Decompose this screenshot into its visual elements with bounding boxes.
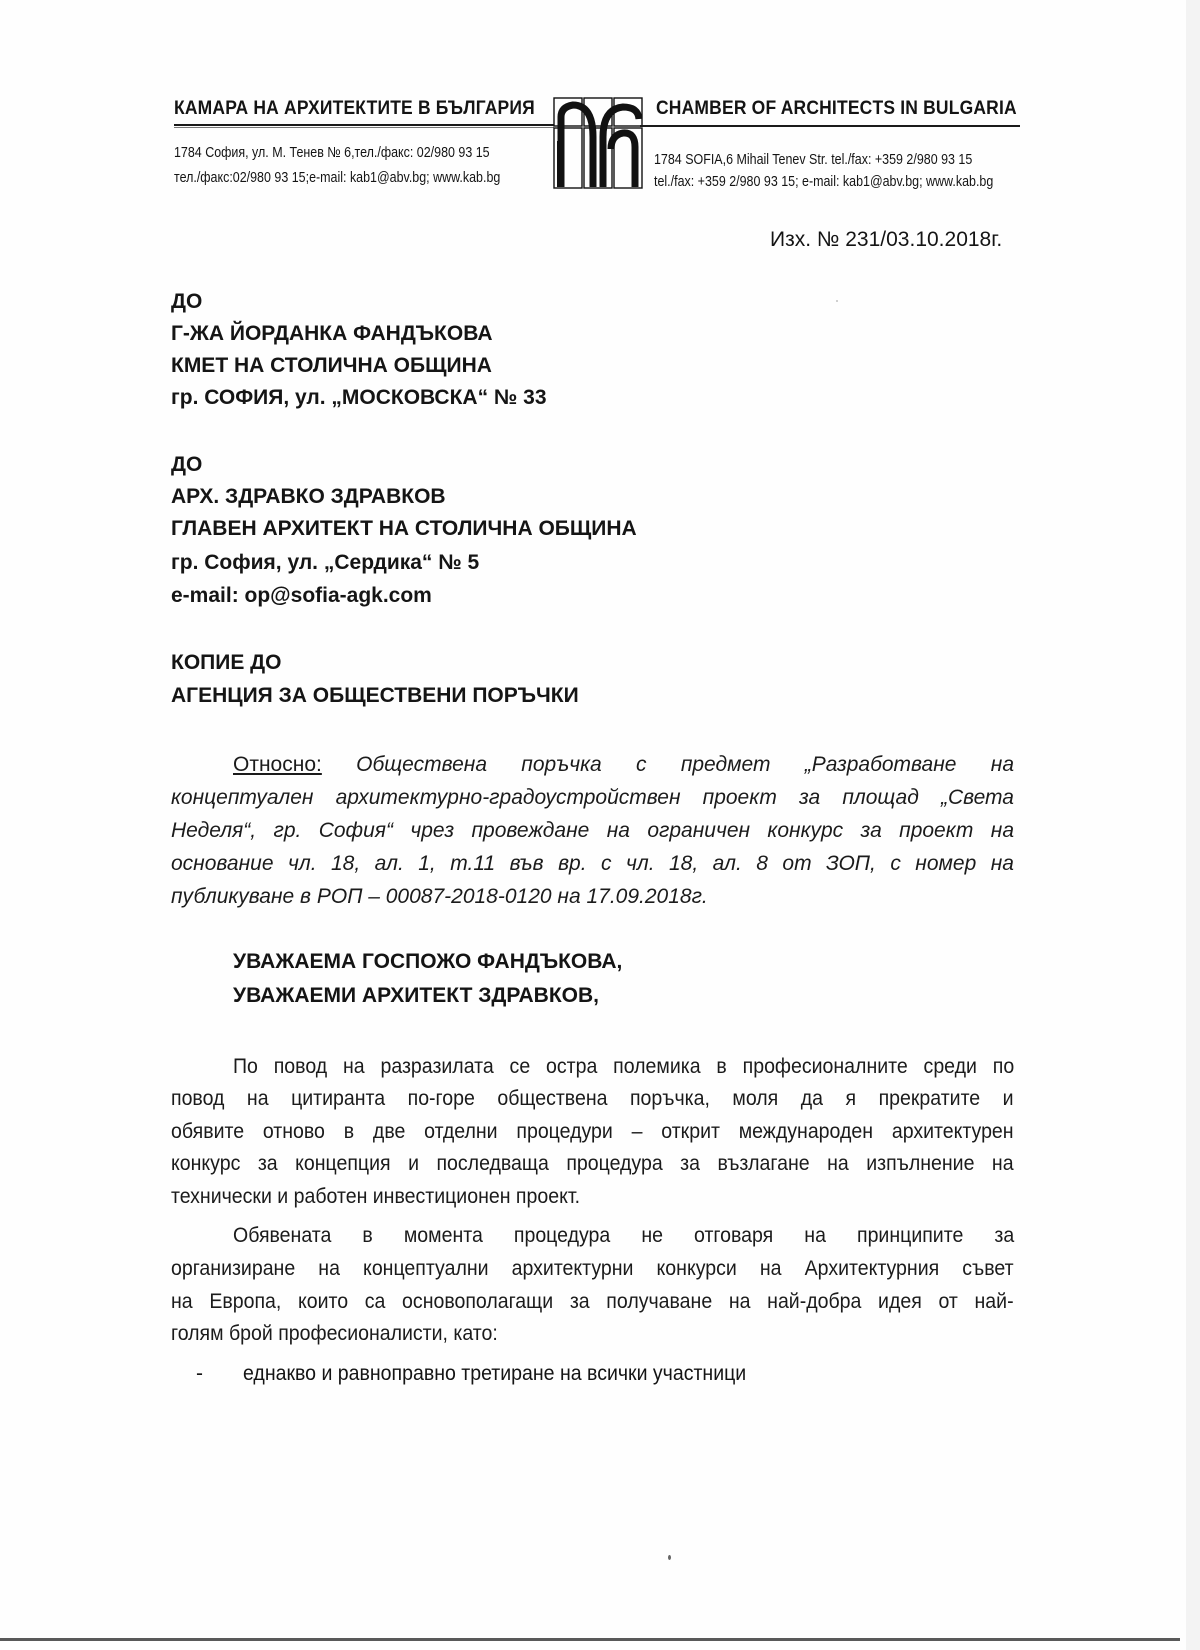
paragraph-2-line-4: голям брой професионалисти, като: xyxy=(171,1322,1014,1346)
addressee-2-title: ГЛАВЕН АРХИТЕКТ НА СТОЛИЧНА ОБЩИНА xyxy=(171,517,637,541)
letterhead-rule-left-thin xyxy=(174,127,554,128)
letter-page: КАМАРА НА АРХИТЕКТИТЕ В БЪЛГАРИЯ 1784 Со… xyxy=(0,0,1200,1650)
bullet-item-1: еднакво и равноправно третиране на всичк… xyxy=(243,1362,746,1386)
copy-to-agency: АГЕНЦИЯ ЗА ОБЩЕСТВЕНИ ПОРЪЧКИ xyxy=(171,684,579,708)
paragraph-2-line-1: Обявената в момента процедура не отговар… xyxy=(233,1224,1014,1248)
letterhead-rule-left xyxy=(174,124,554,126)
scan-speck xyxy=(668,1555,671,1560)
paragraph-2-line-3: на Европа, които са основополагащи за по… xyxy=(171,1290,1014,1314)
subject-text-1: Обществена поръчка с предмет „Разработва… xyxy=(322,753,1014,776)
letterhead-title-en: CHAMBER OF ARCHITECTS IN BULGARIA xyxy=(656,98,1017,120)
paragraph-1-line-5: технически и работен инвестиционен проек… xyxy=(171,1185,1014,1209)
paragraph-2-line-2: организиране на концептуални архитектурн… xyxy=(171,1257,1014,1281)
bullet-marker: - xyxy=(196,1362,203,1386)
letterhead-address-bg: 1784 София, ул. М. Тенев № 6,тел./факс: … xyxy=(174,145,490,161)
scan-edge-right xyxy=(1186,0,1200,1650)
addressee-2-email[interactable]: e-mail: op@sofia-agk.com xyxy=(171,584,432,608)
salutation-1: УВАЖАЕМА ГОСПОЖО ФАНДЪКОВА, xyxy=(233,950,622,974)
addressee-2-address: гр. София, ул. „Сердика“ № 5 xyxy=(171,551,479,575)
addressee-2-name: АРХ. ЗДРАВКО ЗДРАВКОВ xyxy=(171,485,446,509)
letterhead-title-bg: КАМАРА НА АРХИТЕКТИТЕ В БЪЛГАРИЯ xyxy=(174,98,535,120)
kab-logo-icon xyxy=(553,97,645,189)
subject-line-4: основание чл. 18, ал. 1, т.11 във вр. с … xyxy=(171,852,1014,876)
addressee-1-address: гр. СОФИЯ, ул. „МОСКОВСКА“ № 33 xyxy=(171,386,547,410)
letterhead-contact-en: tel./fax: +359 2/980 93 15; e-mail: kab1… xyxy=(654,174,993,190)
addressee-2-to: ДО xyxy=(171,453,202,477)
subject-label: Относно: xyxy=(233,753,322,776)
subject-line-3: Неделя“, гр. София“ чрез провеждане на о… xyxy=(171,819,1014,843)
paragraph-1-line-2: повод на цитиранта по-горе обществена по… xyxy=(171,1087,1014,1111)
letterhead-address-en: 1784 SOFIA,6 Mihail Tenev Str. tel./fax:… xyxy=(654,152,972,168)
subject-line-1: Относно: Обществена поръчка с предмет „Р… xyxy=(233,753,1014,777)
scan-edge-bottom xyxy=(0,1638,1180,1641)
addressee-1-name: Г-ЖА ЙОРДАНКА ФАНДЪКОВА xyxy=(171,322,493,346)
letterhead-contact-bg: тел./факс:02/980 93 15;e-mail: kab1@abv.… xyxy=(174,170,500,186)
outgoing-reference-number: Изх. № 231/03.10.2018г. xyxy=(770,228,1002,252)
copy-to-label: КОПИЕ ДО xyxy=(171,651,281,675)
subject-line-2: концептуален архитектурно-градоустройств… xyxy=(171,786,1014,810)
paragraph-1-line-3: обявите отново в две отделни процедури –… xyxy=(171,1120,1014,1144)
salutation-2: УВАЖАЕМИ АРХИТЕКТ ЗДРАВКОВ, xyxy=(233,984,599,1008)
scan-speck xyxy=(836,300,838,302)
paragraph-1-line-1: По повод на разразилата се остра полемик… xyxy=(233,1055,1014,1079)
letterhead-rule-right xyxy=(640,125,1020,127)
addressee-1-title: КМЕТ НА СТОЛИЧНА ОБЩИНА xyxy=(171,354,492,378)
paragraph-1-line-4: конкурс за концепция и последваща процед… xyxy=(171,1152,1014,1176)
addressee-1-to: ДО xyxy=(171,290,202,314)
subject-line-5: публикуване в РОП – 00087-2018-0120 на 1… xyxy=(171,885,1014,909)
